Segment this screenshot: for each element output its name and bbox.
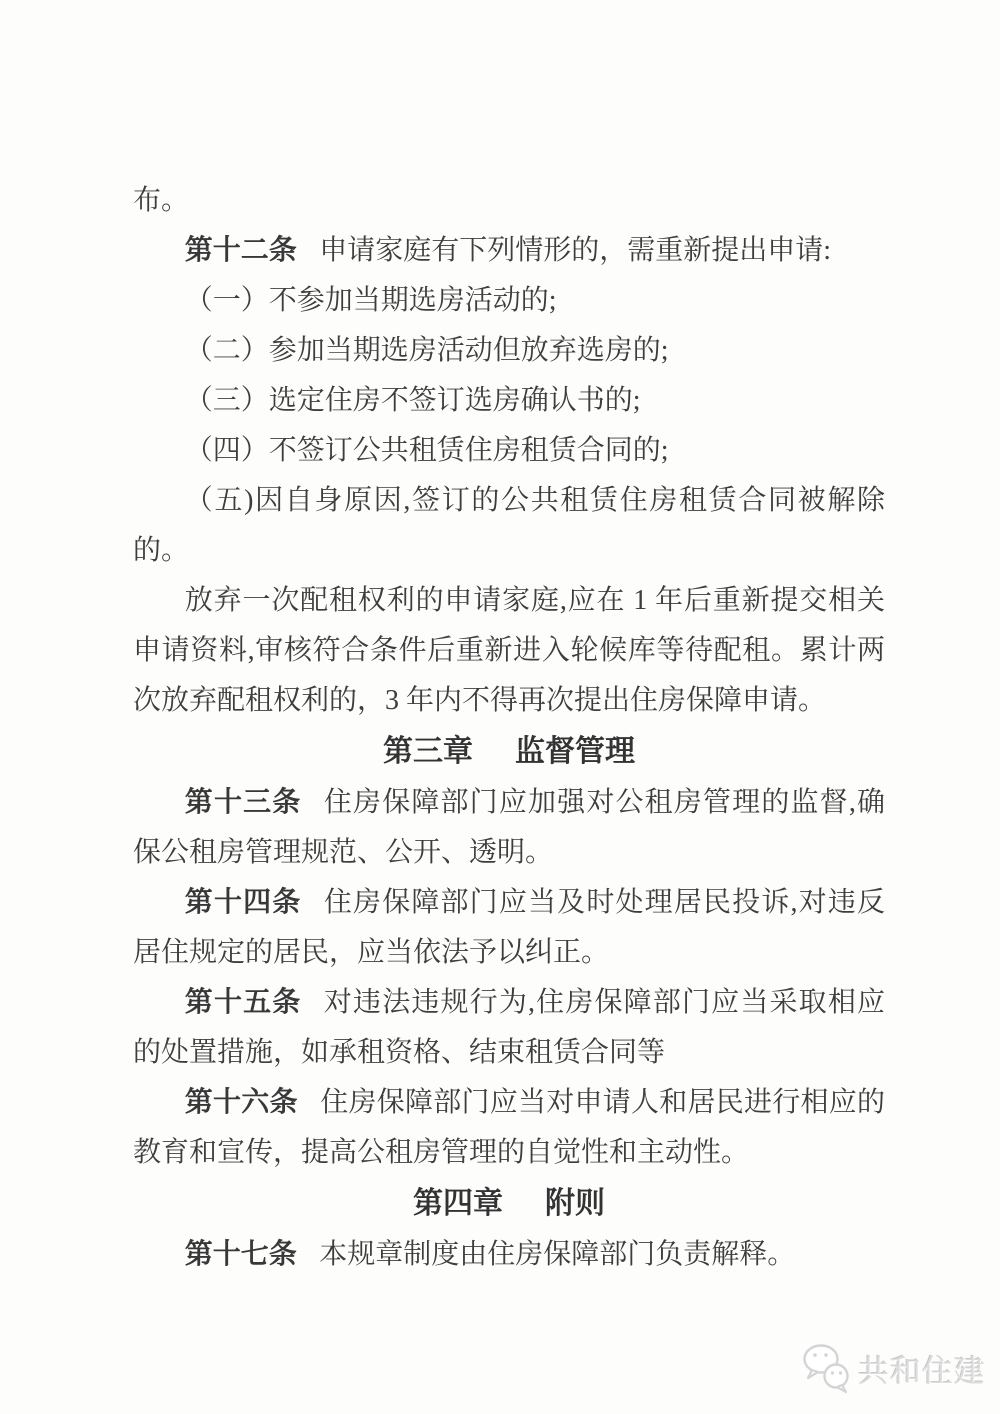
article-12: 第十二条申请家庭有下列情形的，需重新提出申请: — [133, 226, 885, 276]
paragraph-continuation: 布。 — [133, 176, 885, 226]
document-page: 布。 第十二条申请家庭有下列情形的，需重新提出申请: （一）不参加当期选房活动的… — [0, 0, 1000, 1414]
list-item-1: （一）不参加当期选房活动的; — [133, 276, 885, 326]
article-14: 第十四条住房保障部门应当及时处理居民投诉,对违反居住规定的居民，应当依法予以纠正… — [133, 878, 885, 978]
chapter-3-number: 第三章 — [383, 735, 473, 768]
article-17: 第十七条本规章制度由住房保障部门负责解释。 — [133, 1230, 885, 1280]
article-12-number: 第十二条 — [185, 235, 297, 266]
chapter-4-heading: 第四章附则 — [133, 1178, 885, 1230]
paragraph-waiver-rules: 放弃一次配租权利的申请家庭,应在 1 年后重新提交相关申请资料,审核符合条件后重… — [133, 576, 885, 726]
list-item-4: （四）不签订公共租赁住房租赁合同的; — [133, 426, 885, 476]
article-16-number: 第十六条 — [185, 1087, 298, 1118]
document-body: 布。 第十二条申请家庭有下列情形的，需重新提出申请: （一）不参加当期选房活动的… — [133, 176, 885, 1280]
article-14-number: 第十四条 — [185, 887, 302, 918]
article-15: 第十五条对违法违规行为,住房保障部门应当采取相应的处置措施，如承租资格、结束租赁… — [133, 978, 885, 1078]
article-13-number: 第十三条 — [185, 787, 302, 818]
wechat-icon — [802, 1342, 852, 1394]
watermark-label: 共和住建 — [858, 1346, 986, 1391]
article-17-number: 第十七条 — [185, 1239, 297, 1270]
list-item-3: （三）选定住房不签订选房确认书的; — [133, 376, 885, 426]
article-13: 第十三条住房保障部门应加强对公租房管理的监督,确保公租房管理规范、公开、透明。 — [133, 778, 885, 878]
list-item-5: （五)因自身原因,签订的公共租赁住房租赁合同被解除的。 — [133, 476, 885, 576]
chapter-3-heading: 第三章监督管理 — [133, 726, 885, 778]
chapter-4-title: 附则 — [545, 1187, 605, 1220]
article-17-text: 本规章制度由住房保障部门负责解释。 — [319, 1239, 795, 1270]
chapter-3-title: 监督管理 — [515, 735, 635, 768]
wechat-watermark: 共和住建 — [802, 1342, 986, 1394]
chapter-4-number: 第四章 — [413, 1187, 503, 1220]
article-12-text: 申请家庭有下列情形的，需重新提出申请: — [319, 235, 831, 266]
list-item-2: （二）参加当期选房活动但放弃选房的; — [133, 326, 885, 376]
article-15-number: 第十五条 — [185, 987, 302, 1018]
article-16: 第十六条住房保障部门应当对申请人和居民进行相应的教育和宣传，提高公租房管理的自觉… — [133, 1078, 885, 1178]
